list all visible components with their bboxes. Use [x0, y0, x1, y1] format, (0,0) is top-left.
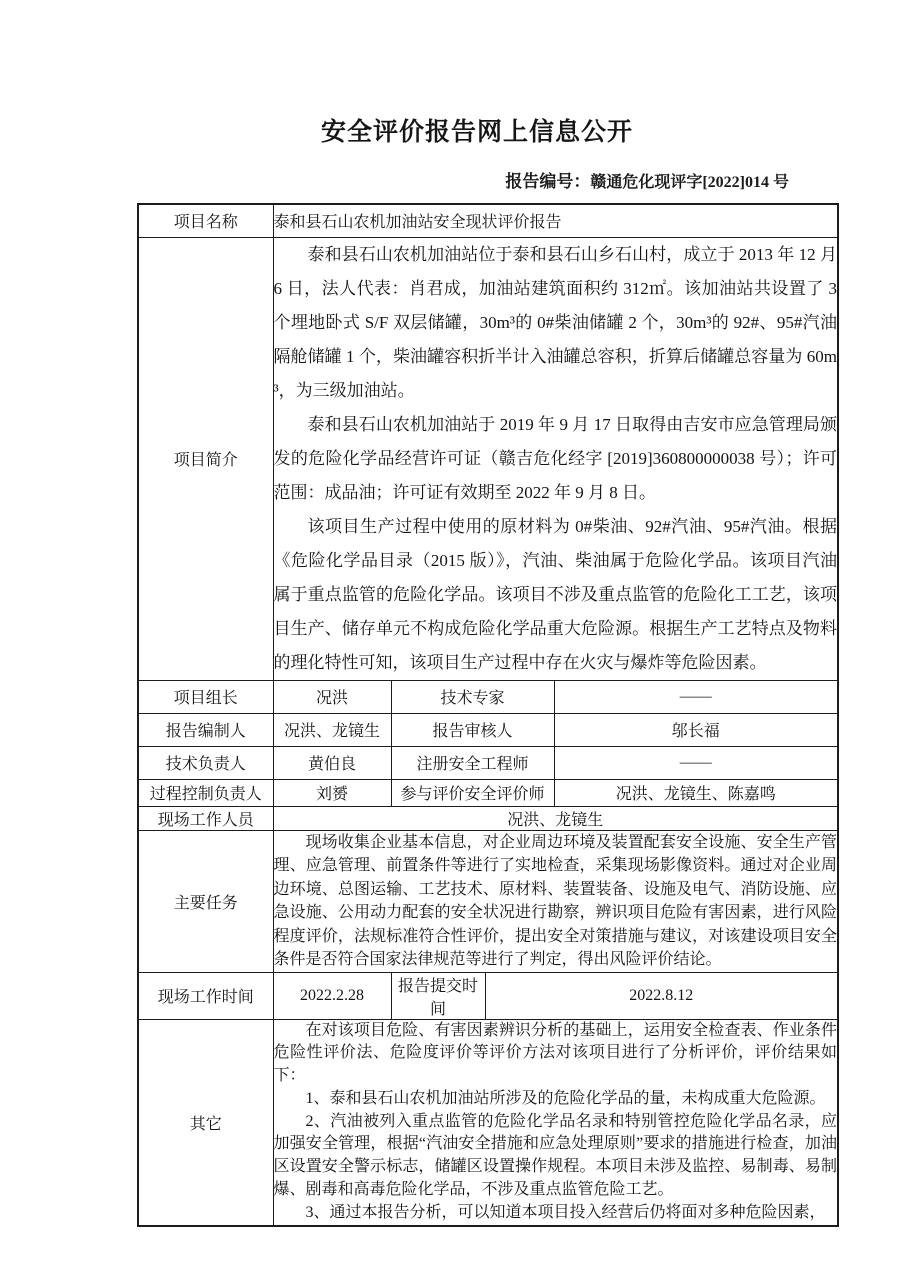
- row-main-tasks: 主要任务 现场收集企业基本信息，对企业周边环境及装置配套安全设施、安全生产管理、…: [138, 830, 838, 972]
- project-intro-label: 项目简介: [138, 237, 273, 680]
- other-paragraph-2: 1、泰和县石山农机加油站所涉及的危险化学品的量，未构成重大危险源。: [274, 1088, 838, 1111]
- registered-engineer-value: ——: [554, 746, 838, 779]
- tech-expert-label: 技术专家: [391, 680, 554, 713]
- row-work-time: 现场工作时间 2022.2.28 报告提交时间 2022.8.12: [138, 972, 838, 1019]
- process-control-label: 过程控制负责人: [138, 779, 273, 806]
- project-leader-label: 项目组长: [138, 680, 273, 713]
- registered-engineer-label: 注册安全工程师: [391, 746, 554, 779]
- site-staff-value: 况洪、龙镜生: [273, 806, 838, 830]
- row-site-staff: 现场工作人员 况洪、龙镜生: [138, 806, 838, 830]
- project-intro-cell: 泰和县石山农机加油站位于泰和县石山乡石山村，成立于 2013 年 12 月 6 …: [273, 237, 838, 680]
- row-tech-lead: 技术负责人 黄伯良 注册安全工程师 ——: [138, 746, 838, 779]
- report-reviewer-value: 邬长福: [554, 713, 838, 746]
- evaluators-label: 参与评价安全评价师: [391, 779, 554, 806]
- process-control-value: 刘赟: [273, 779, 391, 806]
- report-number-label: 报告编号：: [505, 172, 590, 191]
- document-title: 安全评价报告网上信息公开: [127, 112, 827, 148]
- project-name-label: 项目名称: [138, 204, 273, 237]
- document-page: 安全评价报告网上信息公开 报告编号：赣通危化现评字[2022]014 号 项目名…: [0, 0, 900, 1272]
- row-process-control: 过程控制负责人 刘赟 参与评价安全评价师 况洪、龙镜生、陈嘉鸣: [138, 779, 838, 806]
- intro-paragraph-1: 泰和县石山农机加油站位于泰和县石山乡石山村，成立于 2013 年 12 月 6 …: [274, 238, 838, 408]
- report-info-table: 项目名称 泰和县石山农机加油站安全现状评价报告 项目简介 泰和县石山农机加油站位…: [137, 203, 839, 1227]
- other-cell: 在对该项目危险、有害因素辨识分析的基础上，运用安全检查表、作业条件危险性评价法、…: [273, 1019, 838, 1226]
- evaluators-value: 况洪、龙镜生、陈嘉鸣: [554, 779, 838, 806]
- project-leader-value: 况洪: [273, 680, 391, 713]
- site-work-time-value: 2022.2.28: [273, 972, 391, 1019]
- report-submit-time-label: 报告提交时间: [391, 972, 485, 1019]
- report-reviewer-label: 报告审核人: [391, 713, 554, 746]
- other-paragraph-4: 3、通过本报告分析，可以知道本项目投入经营后仍将面对多种危险因素，: [274, 1202, 838, 1225]
- report-author-label: 报告编制人: [138, 713, 273, 746]
- main-tasks-cell: 现场收集企业基本信息，对企业周边环境及装置配套安全设施、安全生产管理、应急管理、…: [273, 830, 838, 972]
- row-project-name: 项目名称 泰和县石山农机加油站安全现状评价报告: [138, 204, 838, 237]
- site-work-time-label: 现场工作时间: [138, 972, 273, 1019]
- row-report-author: 报告编制人 况洪、龙镜生 报告审核人 邬长福: [138, 713, 838, 746]
- row-other: 其它 在对该项目危险、有害因素辨识分析的基础上，运用安全检查表、作业条件危险性评…: [138, 1019, 838, 1226]
- report-number-line: 报告编号：赣通危化现评字[2022]014 号: [137, 167, 837, 192]
- main-tasks-label: 主要任务: [138, 830, 273, 972]
- tech-expert-value: ——: [554, 680, 838, 713]
- report-number-value: 赣通危化现评字[2022]014 号: [590, 174, 789, 191]
- main-tasks-text: 现场收集企业基本信息，对企业周边环境及装置配套安全设施、安全生产管理、应急管理、…: [274, 831, 838, 972]
- tech-lead-label: 技术负责人: [138, 746, 273, 779]
- tech-lead-value: 黄伯良: [273, 746, 391, 779]
- intro-paragraph-3: 该项目生产过程中使用的原材料为 0#柴油、92#汽油、95#汽油。根据《危险化学…: [274, 510, 838, 680]
- other-label: 其它: [138, 1019, 273, 1226]
- other-paragraph-3: 2、汽油被列入重点监管的危险化学品名录和特别管控危险化学品名录，应加强安全管理，…: [274, 1111, 838, 1202]
- report-author-value: 况洪、龙镜生: [273, 713, 391, 746]
- row-project-intro: 项目简介 泰和县石山农机加油站位于泰和县石山乡石山村，成立于 2013 年 12…: [138, 237, 838, 680]
- project-name-value: 泰和县石山农机加油站安全现状评价报告: [273, 204, 838, 237]
- report-submit-time-value: 2022.8.12: [485, 972, 838, 1019]
- intro-paragraph-2: 泰和县石山农机加油站于 2019 年 9 月 17 日取得由吉安市应急管理局颁发…: [274, 408, 838, 510]
- site-staff-label: 现场工作人员: [138, 806, 273, 830]
- row-project-leader: 项目组长 况洪 技术专家 ——: [138, 680, 838, 713]
- other-paragraph-1: 在对该项目危险、有害因素辨识分析的基础上，运用安全检查表、作业条件危险性评价法、…: [274, 1020, 838, 1088]
